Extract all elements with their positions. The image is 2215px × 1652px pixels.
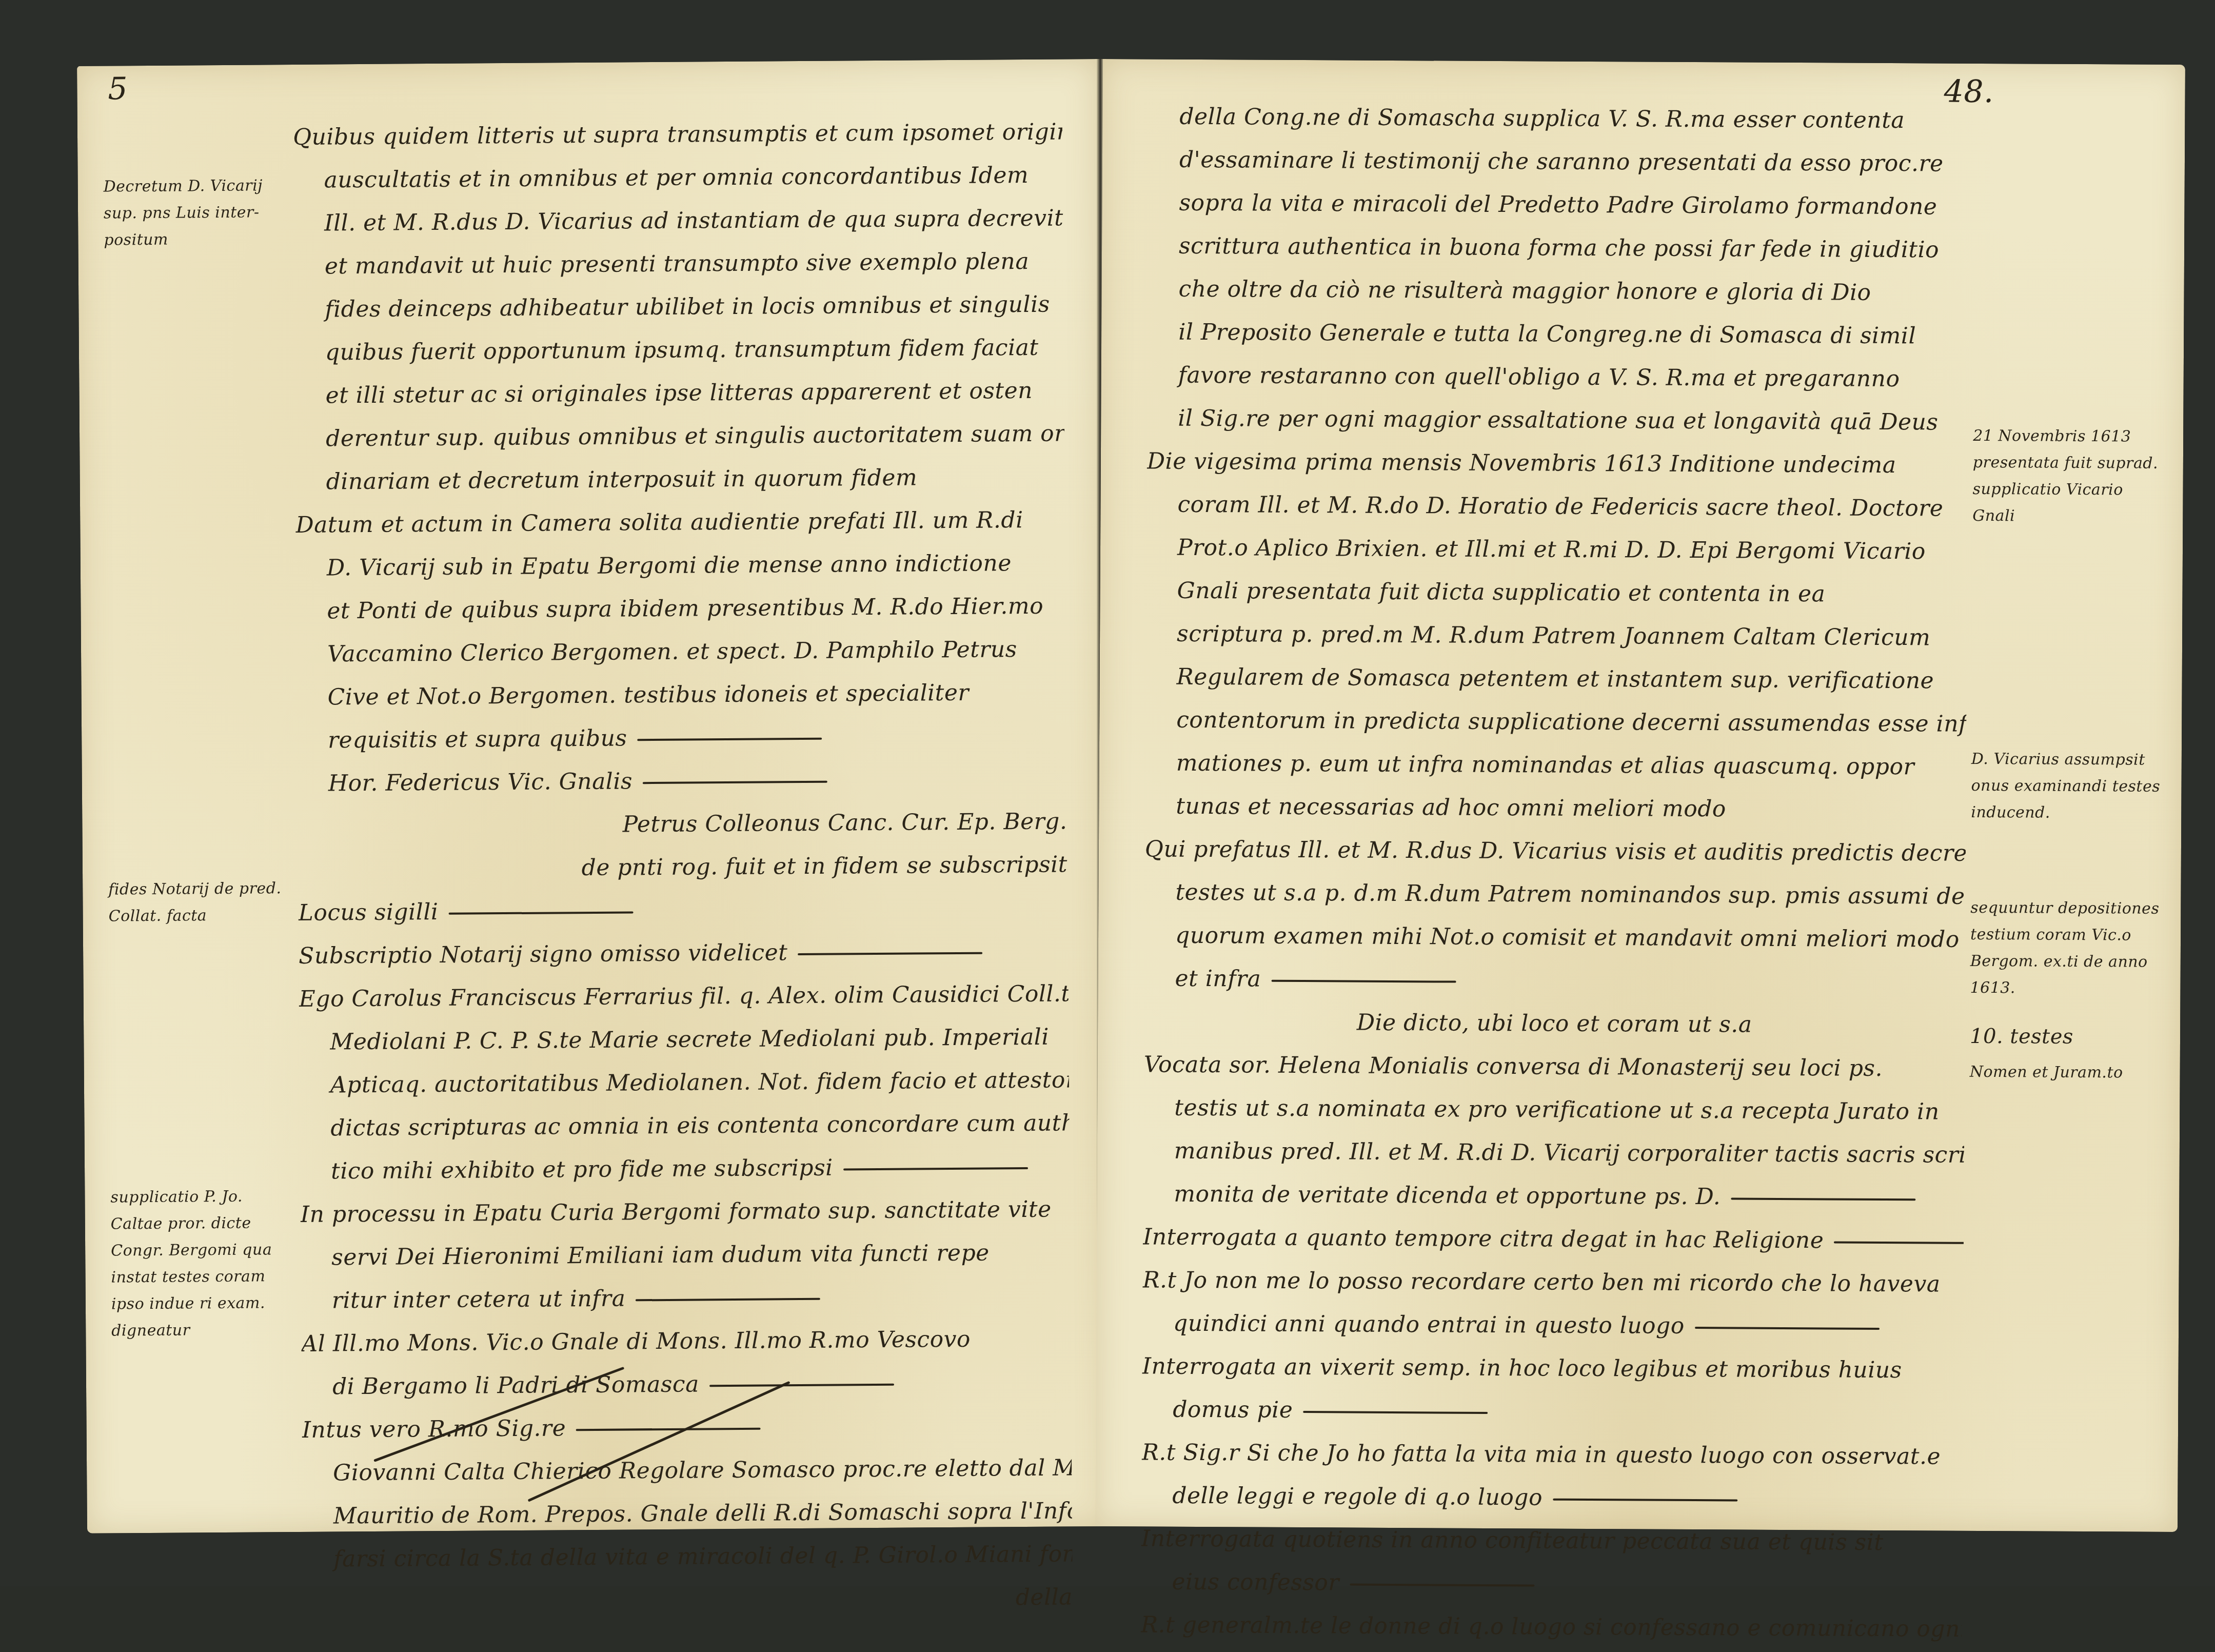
text-line: dinariam et decretum interposuit in quor… xyxy=(295,455,1065,503)
signature-chancellor: Petrus Colleonus Canc. Cur. Ep. Berg. xyxy=(298,800,1067,848)
text-line: mationes p. eum ut infra nominandas et a… xyxy=(1145,741,1966,789)
text-line: testis ut s.a nominata ex pro verificati… xyxy=(1143,1086,1964,1133)
text-line: quibus fuerit opportunum ipsumq. transum… xyxy=(294,326,1064,374)
interrogation: domus pie xyxy=(1142,1388,1963,1435)
response: delle leggi e regole di q.o luogo xyxy=(1141,1474,1962,1521)
text-line: requisitis et supra quibus xyxy=(297,714,1067,762)
text-line: coram Ill. et M. R.do D. Horatio de Fede… xyxy=(1146,483,1967,530)
response: R.t Sig.r Si che Jo ho fatta la vita mia… xyxy=(1142,1431,1963,1478)
response: R.t Jo non me lo posso recordare certo b… xyxy=(1142,1258,1963,1306)
text-line: Giovanni Calta Chierico Regolare Somasco… xyxy=(302,1446,1072,1494)
text-line: testes ut s.a p. d.m R.dum Patrem nomina… xyxy=(1144,871,1965,918)
text-line: monita de veritate dicenda et opportune … xyxy=(1143,1172,1964,1220)
interrogation: Interrogata a quanto tempore citra degat… xyxy=(1143,1215,1964,1263)
text-line: auscultatis et in omnibus et per omnia c… xyxy=(293,153,1063,202)
text-line: il Sig.re per ogni maggior essaltatione … xyxy=(1147,397,1968,444)
text-line: Apticaq. auctoritatibus Mediolanen. Not.… xyxy=(300,1058,1070,1107)
margin-note-sequuntur: sequuntur depositiones testium coram Vic… xyxy=(1970,895,2165,1002)
text-line: Gnali presentata fuit dicta supplicatio … xyxy=(1146,569,1967,616)
text-line: derentur sup. quibus omnibus et singulis… xyxy=(295,412,1065,460)
text-line: tico mihi exhibito et pro fide me subscr… xyxy=(300,1145,1070,1193)
interrogation: Interrogata quotiens in anno confiteatur… xyxy=(1141,1517,1962,1564)
text-line: Die vigesima prima mensis Novembris 1613… xyxy=(1147,440,1968,487)
text-line: manibus pred. Ill. et M. R.di D. Vicarij… xyxy=(1143,1129,1964,1176)
margin-note-fides-notarij: fides Notarij de pred. Collat. facta xyxy=(108,875,293,930)
text-line: favore restaranno con quell'obligo a V. … xyxy=(1148,353,1968,401)
text-line: In processu in Epatu Curia Bergomi forma… xyxy=(300,1188,1070,1236)
manuscript-spread: 5 Decretum D. Vicarij sup. pns Luis inte… xyxy=(77,59,2185,1526)
text-line: servi Dei Hieronimi Emiliani iam dudum v… xyxy=(301,1231,1071,1279)
text-line: Vaccamino Clerico Bergomen. et spect. D.… xyxy=(296,627,1066,676)
signature-attestation: de pnti rog. fuit et in fidem se subscri… xyxy=(298,843,1068,891)
section-heading: Die dicto, ubi loco et coram ut s.a xyxy=(1144,1000,1965,1047)
text-line: Vocata sor. Helena Monialis conversa di … xyxy=(1144,1043,1965,1090)
text-line: Regularem de Somasca petentem et instant… xyxy=(1145,655,1966,702)
text-line: et infra xyxy=(1144,957,1965,1004)
signature-vicar: Hor. Federicus Vic. Gnalis xyxy=(298,757,1067,805)
text-line: Subscriptio Notarij signo omisso videlic… xyxy=(299,929,1069,977)
margin-note-vicarius: D. Vicarius assumpsit onus examinandi te… xyxy=(1971,746,2166,827)
text-line: Quibus quidem litteris ut supra transump… xyxy=(293,110,1063,159)
text-line: di Bergamo li Padri di Somasca xyxy=(302,1360,1072,1408)
left-page-text: Quibus quidem litteris ut supra transump… xyxy=(293,110,1073,1586)
text-line: Prot.o Aplico Brixien. et Ill.mi et R.mi… xyxy=(1146,526,1967,573)
margin-note-supplicatio: supplicatio P. Jo. Caltae pror. dicte Co… xyxy=(110,1183,296,1345)
text-line: Cive et Not.o Bergomen. testibus idoneis… xyxy=(296,671,1066,719)
text-line: tunas et necessarias ad hoc omni meliori… xyxy=(1145,784,1966,832)
text-line: Qui prefatus Ill. et M. R.dus D. Vicariu… xyxy=(1145,828,1966,875)
response: quindici anni quando entrai in questo lu… xyxy=(1142,1302,1963,1349)
text-line: Mauritio de Rom. Prepos. Gnale delli R.d… xyxy=(303,1489,1073,1538)
text-line: et Ponti de quibus supra ibidem presenti… xyxy=(296,584,1066,633)
text-line: quorum examen mihi Not.o comisit et mand… xyxy=(1144,914,1965,961)
seal-location: Locus sigilli xyxy=(298,886,1068,934)
text-line: scriptura p. pred.m M. R.dum Patrem Joan… xyxy=(1146,612,1967,659)
interrogation: eius confessor xyxy=(1141,1560,1962,1586)
text-line: Datum et actum in Camera solita audienti… xyxy=(295,498,1065,546)
text-line: fides deinceps adhibeatur ubilibet in lo… xyxy=(294,283,1064,331)
text-line: Ill. et M. R.dus D. Vicarius ad instanti… xyxy=(293,196,1063,245)
text-line: D. Vicarij sub in Epatu Bergomi die mens… xyxy=(296,541,1066,589)
left-page: 5 Decretum D. Vicarij sup. pns Luis inte… xyxy=(77,59,1108,1533)
text-line: contentorum in predicta supplicatione de… xyxy=(1145,698,1966,745)
left-folio-mark: 5 xyxy=(108,71,128,107)
text-line: Ego Carolus Franciscus Ferrarius fil. q.… xyxy=(299,972,1069,1020)
text-line: il Preposito Generale e tutta la Congreg… xyxy=(1148,310,1968,358)
text-line: dictas scripturas ac omnia in eis conten… xyxy=(300,1102,1070,1150)
right-page: 48. 21 Novembris 1613 presentata fuit su… xyxy=(1095,59,2185,1532)
text-line: et mandavit ut huic presenti transumpto … xyxy=(293,240,1063,288)
text-line: ritur inter cetera ut infra xyxy=(301,1274,1071,1322)
text-line: scrittura authentica in buona forma che … xyxy=(1148,224,1969,271)
right-page-text: della Cong.ne di Somascha supplica V. S.… xyxy=(1141,95,1970,1586)
text-line: sopra la vita e miracoli del Predetto Pa… xyxy=(1148,181,1969,228)
margin-note-presentatio: 21 Novembris 1613 presentata fuit suprad… xyxy=(1972,423,2168,530)
text-line: et illi stetur ac si originales ipse lit… xyxy=(294,369,1064,417)
margin-note-testes-count: 10. testes xyxy=(1970,1023,2165,1051)
text-line: della Cong.ne di Somascha supplica V. S.… xyxy=(1149,95,1969,142)
margin-note-decretum: Decretum D. Vicarij sup. pns Luis inter-… xyxy=(104,172,289,254)
interrogation: Interrogata an vixerit semp. in hoc loco… xyxy=(1142,1345,1963,1392)
text-line: Al Ill.mo Mons. Vic.o Gnale di Mons. Ill… xyxy=(301,1317,1071,1365)
text-line: che oltre da ciò ne risulterà maggior ho… xyxy=(1148,267,1968,314)
margin-note-nomen: Nomen et Juram.to xyxy=(1970,1059,2165,1087)
text-line: Mediolani P. C. P. S.te Marie secrete Me… xyxy=(299,1015,1069,1064)
text-line: d'essaminare li testimonij che saranno p… xyxy=(1149,138,1969,185)
text-line: farsi circa la S.ta della vita e miracol… xyxy=(303,1532,1073,1581)
